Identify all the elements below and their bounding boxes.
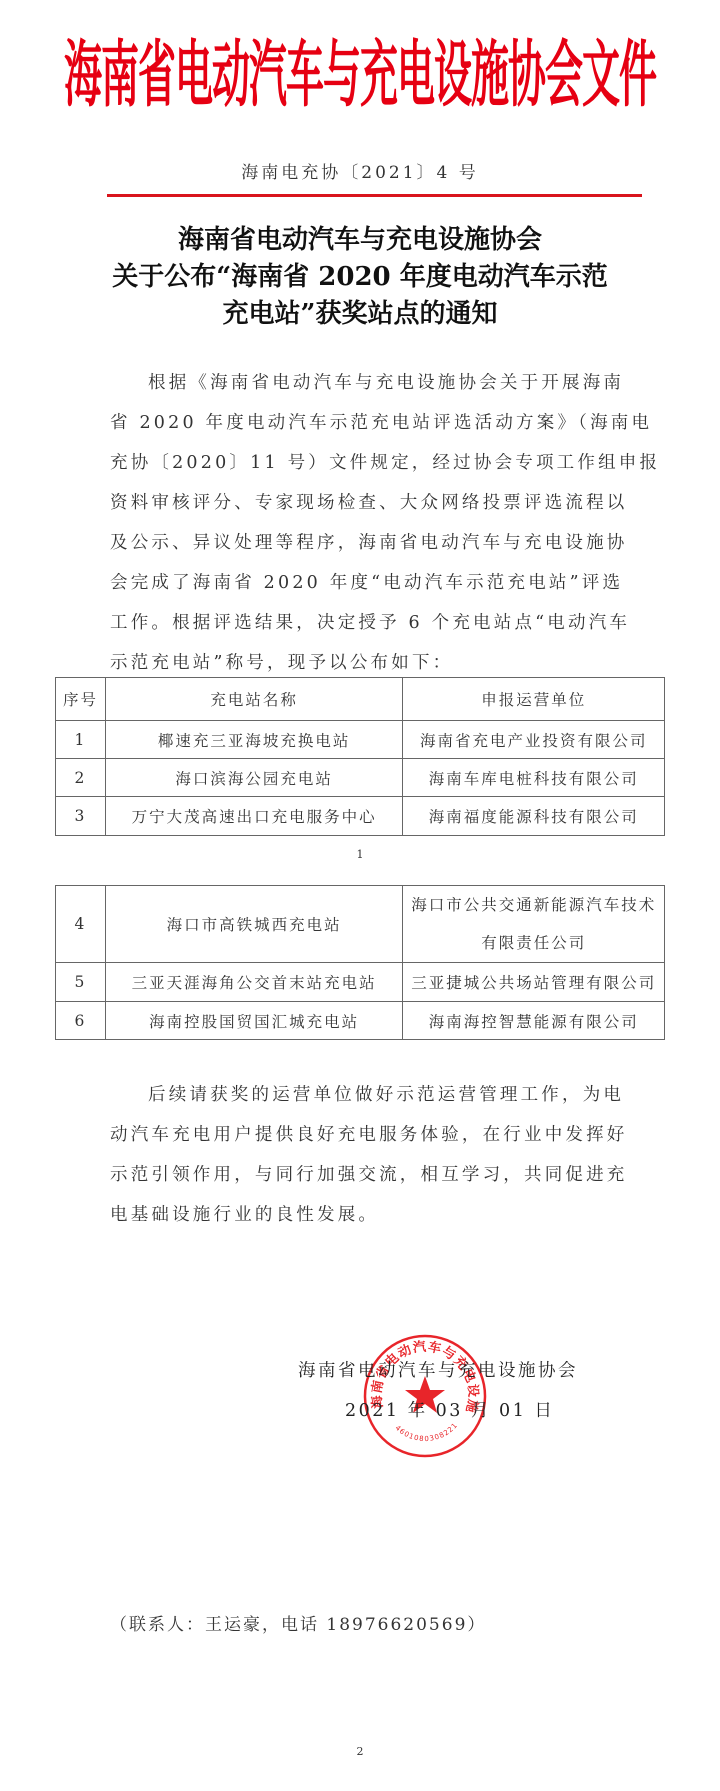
row-station: 海口市高铁城西充电站 bbox=[105, 886, 403, 963]
row-station: 海南控股国贸国汇城充电站 bbox=[105, 1002, 403, 1040]
official-seal-icon: 海南省电动汽车与充电设施协会 4601080308221 bbox=[362, 1333, 488, 1459]
document-number: 海南电充协〔2021〕4 号 bbox=[0, 158, 720, 183]
operator-line-2: 有限责任公司 bbox=[403, 924, 664, 962]
row-station: 万宁大茂高速出口充电服务中心 bbox=[105, 797, 402, 836]
closing-line: 后续请获奖的运营单位做好示范运营管理工作，为电 bbox=[110, 1075, 618, 1115]
table-header-row: 序号 充电站名称 申报运营单位 bbox=[56, 678, 665, 721]
seal-code-text: 4601080308221 bbox=[394, 1421, 460, 1443]
closing-line: 示范引领作用，与同行加强交流，相互学习，共同促进充 bbox=[110, 1155, 618, 1195]
closing-line: 电基础设施行业的良性发展。 bbox=[110, 1195, 618, 1235]
header-station: 充电站名称 bbox=[105, 678, 402, 721]
intro-line: 资料审核评分、专家现场检查、大众网络投票评选流程以 bbox=[110, 483, 618, 523]
page-number-2: 2 bbox=[0, 1745, 720, 1758]
table-row: 1 椰速充三亚海坡充换电站 海南省充电产业投资有限公司 bbox=[56, 721, 665, 759]
operator-line-1: 海口市公共交通新能源汽车技术 bbox=[403, 886, 664, 924]
notice-title: 海南省电动汽车与充电设施协会 关于公布“海南省 2020 年度电动汽车示范 充电… bbox=[0, 222, 720, 333]
row-operator: 海口市公共交通新能源汽车技术 有限责任公司 bbox=[403, 886, 665, 963]
intro-line: 及公示、异议处理等程序，海南省电动汽车与充电设施协 bbox=[110, 523, 618, 563]
row-station: 海口滨海公园充电站 bbox=[105, 759, 402, 797]
intro-line: 工作。根据评选结果，决定授予 6 个充电站点“电动汽车 bbox=[110, 603, 618, 643]
contact-info: （联系人：王运豪，电话 18976620569） bbox=[110, 1610, 486, 1635]
award-table-part-2: 4 海口市高铁城西充电站 海口市公共交通新能源汽车技术 有限责任公司 5 三亚天… bbox=[55, 885, 665, 1040]
header-no: 序号 bbox=[56, 678, 106, 721]
row-operator: 海南福度能源科技有限公司 bbox=[403, 797, 665, 836]
svg-text:4601080308221: 4601080308221 bbox=[394, 1421, 460, 1443]
page-number-1: 1 bbox=[0, 848, 720, 861]
row-station: 三亚天涯海角公交首末站充电站 bbox=[105, 963, 403, 1002]
intro-line: 省 2020 年度电动汽车示范充电站评选活动方案》（海南电 bbox=[110, 403, 618, 443]
table-row: 6 海南控股国贸国汇城充电站 海南海控智慧能源有限公司 bbox=[56, 1002, 665, 1040]
table-row: 2 海口滨海公园充电站 海南车库电桩科技有限公司 bbox=[56, 759, 665, 797]
intro-line: 充协〔2020〕11 号）文件规定，经过协会专项工作组申报 bbox=[110, 443, 618, 483]
row-station: 椰速充三亚海坡充换电站 bbox=[105, 721, 402, 759]
title-line-3: 充电站”获奖站点的通知 bbox=[0, 296, 720, 333]
table-row: 4 海口市高铁城西充电站 海口市公共交通新能源汽车技术 有限责任公司 bbox=[56, 886, 665, 963]
row-no: 5 bbox=[56, 963, 106, 1002]
intro-line: 根据《海南省电动汽车与充电设施协会关于开展海南 bbox=[110, 363, 618, 403]
table-row: 3 万宁大茂高速出口充电服务中心 海南福度能源科技有限公司 bbox=[56, 797, 665, 836]
red-divider-rule bbox=[107, 194, 642, 197]
row-operator: 海南海控智慧能源有限公司 bbox=[403, 1002, 665, 1040]
award-table-part-1: 序号 充电站名称 申报运营单位 1 椰速充三亚海坡充换电站 海南省充电产业投资有… bbox=[55, 677, 665, 836]
row-operator: 海南省充电产业投资有限公司 bbox=[403, 721, 665, 759]
row-no: 3 bbox=[56, 797, 106, 836]
row-no: 1 bbox=[56, 721, 106, 759]
row-operator: 海南车库电桩科技有限公司 bbox=[403, 759, 665, 797]
closing-paragraph: 后续请获奖的运营单位做好示范运营管理工作，为电 动汽车充电用户提供良好充电服务体… bbox=[110, 1075, 618, 1235]
intro-line: 会完成了海南省 2020 年度“电动汽车示范充电站”评选 bbox=[110, 563, 618, 603]
signature-org: 海南省电动汽车与充电设施协会 bbox=[298, 1357, 598, 1382]
signature-date: 2021 年 03 月 01 日 bbox=[345, 1397, 645, 1422]
intro-paragraph: 根据《海南省电动汽车与充电设施协会关于开展海南 省 2020 年度电动汽车示范充… bbox=[110, 363, 618, 683]
closing-line: 动汽车充电用户提供良好充电服务体验，在行业中发挥好 bbox=[110, 1115, 618, 1155]
title-line-2: 关于公布“海南省 2020 年度电动汽车示范 bbox=[0, 259, 720, 296]
row-no: 6 bbox=[56, 1002, 106, 1040]
row-no: 2 bbox=[56, 759, 106, 797]
row-no: 4 bbox=[56, 886, 106, 963]
title-line-1: 海南省电动汽车与充电设施协会 bbox=[0, 222, 720, 259]
org-letterhead-title: 海南省电动汽车与充电设施协会文件 bbox=[0, 0, 720, 161]
header-operator: 申报运营单位 bbox=[403, 678, 665, 721]
table-row: 5 三亚天涯海角公交首末站充电站 三亚捷城公共场站管理有限公司 bbox=[56, 963, 665, 1002]
row-operator: 三亚捷城公共场站管理有限公司 bbox=[403, 963, 665, 1002]
